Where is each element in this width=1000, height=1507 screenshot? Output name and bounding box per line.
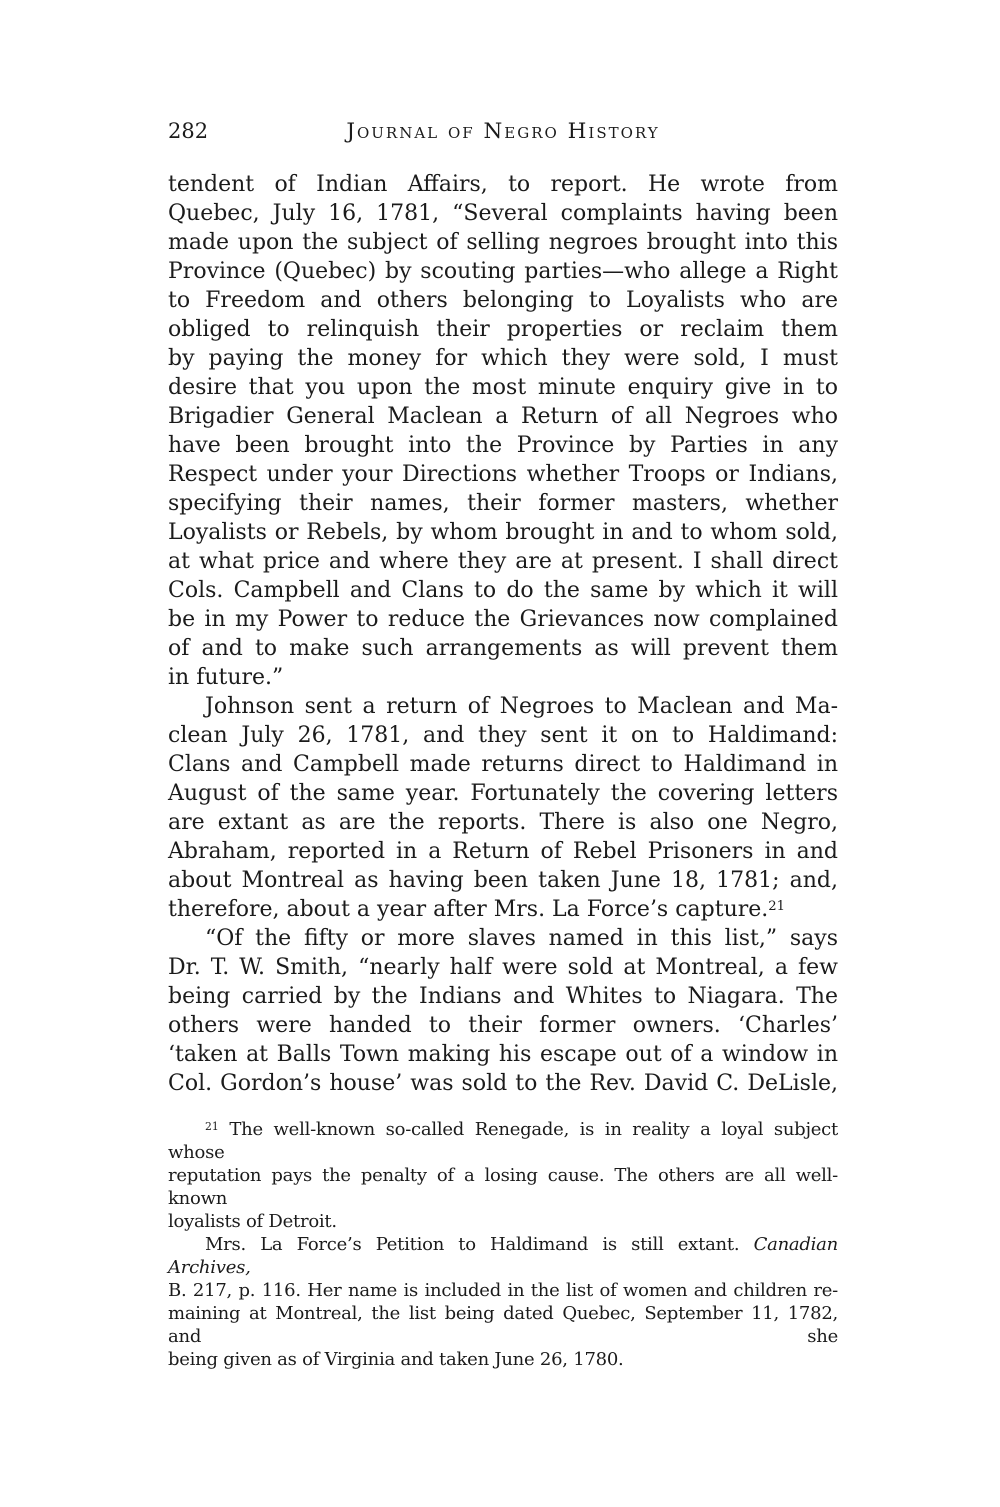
body-text-line: clean July 26, 1781, and they sent it on… xyxy=(168,721,838,750)
body-text-line: of and to make such arrangements as will… xyxy=(168,634,838,663)
body-text-line: desire that you upon the most minute enq… xyxy=(168,373,838,402)
body-text-line: have been brought into the Province by P… xyxy=(168,431,838,460)
body-text-line: Dr. T. W. Smith, “nearly half were sold … xyxy=(168,953,838,982)
body-text-line: Abraham, reported in a Return of Rebel P… xyxy=(168,837,838,866)
body-text-line: “Of the fifty or more slaves named in th… xyxy=(168,924,838,953)
body-text-line: Col. Gordon’s house’ was sold to the Rev… xyxy=(168,1069,838,1098)
body-text-line: specifying their names, their former mas… xyxy=(168,489,838,518)
body-text-line: Province (Quebec) by scouting parties—wh… xyxy=(168,257,838,286)
footnote-text-line: maining at Montreal, the list being date… xyxy=(168,1302,838,1348)
footnote-block: 21 The well-known so-called Renegade, is… xyxy=(168,1118,838,1371)
body-text-line: ‘taken at Balls Town making his escape o… xyxy=(168,1040,838,1069)
footnote-text-line: B. 217, p. 116. Her name is included in … xyxy=(168,1279,838,1302)
body-text-line: August of the same year. Fortunately the… xyxy=(168,779,838,808)
body-text-line: are extant as are the reports. There is … xyxy=(168,808,838,837)
body-text-line: Johnson sent a return of Negroes to Macl… xyxy=(168,692,838,721)
footnote-marker: 21 xyxy=(768,899,785,914)
running-header: 282 Journal of Negro History xyxy=(168,121,838,147)
body-text-line: Loyalists or Rebels, by whom brought in … xyxy=(168,518,838,547)
body-text-line: in future.” xyxy=(168,663,838,692)
footnote-marker: 21 xyxy=(205,1120,219,1133)
body-text-line: obliged to relinquish their properties o… xyxy=(168,315,838,344)
body-text-line: about Montreal as having been taken June… xyxy=(168,866,838,895)
book-page: 282 Journal of Negro History tendent of … xyxy=(0,0,1000,1507)
body-text-line: therefore, about a year after Mrs. La Fo… xyxy=(168,895,838,924)
footnote-text-line: being given as of Virginia and taken Jun… xyxy=(168,1348,838,1371)
body-text-line: at what price and where they are at pres… xyxy=(168,547,838,576)
body-text-line: tendent of Indian Affairs, to report. He… xyxy=(168,170,838,199)
body-text-line: Cols. Campbell and Clans to do the same … xyxy=(168,576,838,605)
body-text-line: to Freedom and others belonging to Loyal… xyxy=(168,286,838,315)
body-text-line: made upon the subject of selling negroes… xyxy=(168,228,838,257)
body-text-line: by paying the money for which they were … xyxy=(168,344,838,373)
body-text-line: be in my Power to reduce the Grievances … xyxy=(168,605,838,634)
footnote-text-line: loyalists of Detroit. xyxy=(168,1210,838,1233)
body-text-line: Respect under your Directions whether Tr… xyxy=(168,460,838,489)
body-text-line: Clans and Campbell made returns direct t… xyxy=(168,750,838,779)
footnote-text-line: Mrs. La Force’s Petition to Haldimand is… xyxy=(168,1233,838,1279)
journal-title: Journal of Negro History xyxy=(168,121,838,143)
body-text-line: Quebec, July 16, 1781, “Several complain… xyxy=(168,199,838,228)
footnote-text-line: 21 The well-known so-called Renegade, is… xyxy=(168,1118,838,1164)
body-text: tendent of Indian Affairs, to report. He… xyxy=(168,170,838,1098)
body-text-line: Brigadier General Maclean a Return of al… xyxy=(168,402,838,431)
body-text-line: being carried by the Indians and Whites … xyxy=(168,982,838,1011)
body-text-line: others were handed to their former owner… xyxy=(168,1011,838,1040)
footnote-text-line: reputation pays the penalty of a losing … xyxy=(168,1164,838,1210)
italic-citation: Canadian Archives, xyxy=(168,1234,838,1278)
